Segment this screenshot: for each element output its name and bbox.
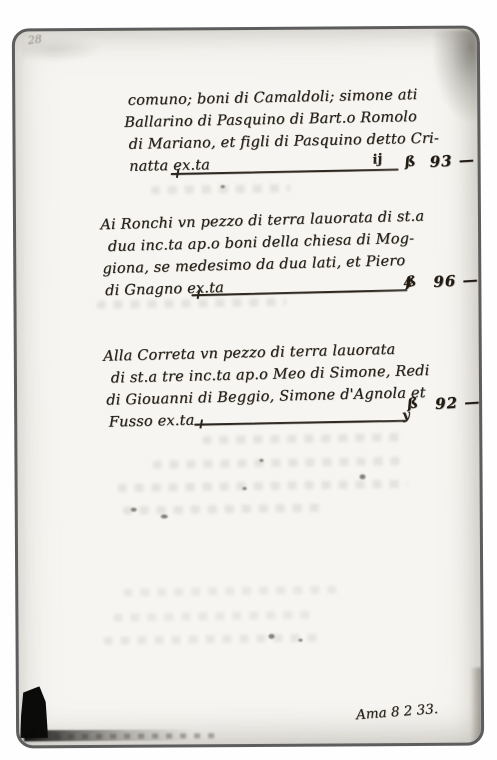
manuscript-entry-1: comuno; boni di Camaldoli; simone ati Ba… — [128, 84, 440, 178]
ink-speck — [221, 185, 225, 188]
amount-value: 96 — — [433, 270, 479, 291]
amount-value: 92 — — [435, 392, 481, 413]
manuscript-entry-2: Ai Ronchi vn pezzo di terra lauorata di … — [100, 206, 426, 303]
amount-value: 93 — — [429, 150, 475, 171]
corner-smudge — [434, 30, 479, 120]
edge-speckle — [54, 733, 214, 739]
bleedthrough-mark — [103, 634, 318, 645]
bleedthrough-mark — [123, 504, 323, 515]
ink-speck — [299, 639, 303, 642]
ink-speck — [269, 634, 275, 639]
ink-speck — [131, 508, 137, 512]
currency-symbol: ß — [405, 273, 417, 290]
ink-speck — [243, 487, 247, 490]
rule-end-flourish: ij — [372, 152, 384, 168]
manuscript-page: 28 comuno; boni di Camaldoli; simone ati… — [14, 28, 482, 747]
ink-speck — [161, 514, 168, 518]
currency-symbol: ß — [404, 153, 416, 170]
bleedthrough-mark — [152, 457, 402, 469]
ink-speck — [259, 459, 263, 462]
pencil-folio-number: 28 — [27, 33, 42, 47]
edge-shadow — [470, 668, 482, 744]
bleedthrough-mark — [202, 433, 402, 444]
archivist-note: Ama 8 2 33. — [356, 701, 439, 723]
currency-symbol: ß — [406, 395, 418, 412]
bleedthrough-mark — [113, 611, 313, 622]
bleedthrough-mark — [123, 586, 338, 597]
bleedthrough-mark — [118, 480, 408, 492]
manuscript-scan: 28 comuno; boni di Camaldoli; simone ati… — [12, 26, 484, 749]
ink-speck — [360, 474, 366, 479]
bleedthrough-mark — [96, 298, 286, 309]
